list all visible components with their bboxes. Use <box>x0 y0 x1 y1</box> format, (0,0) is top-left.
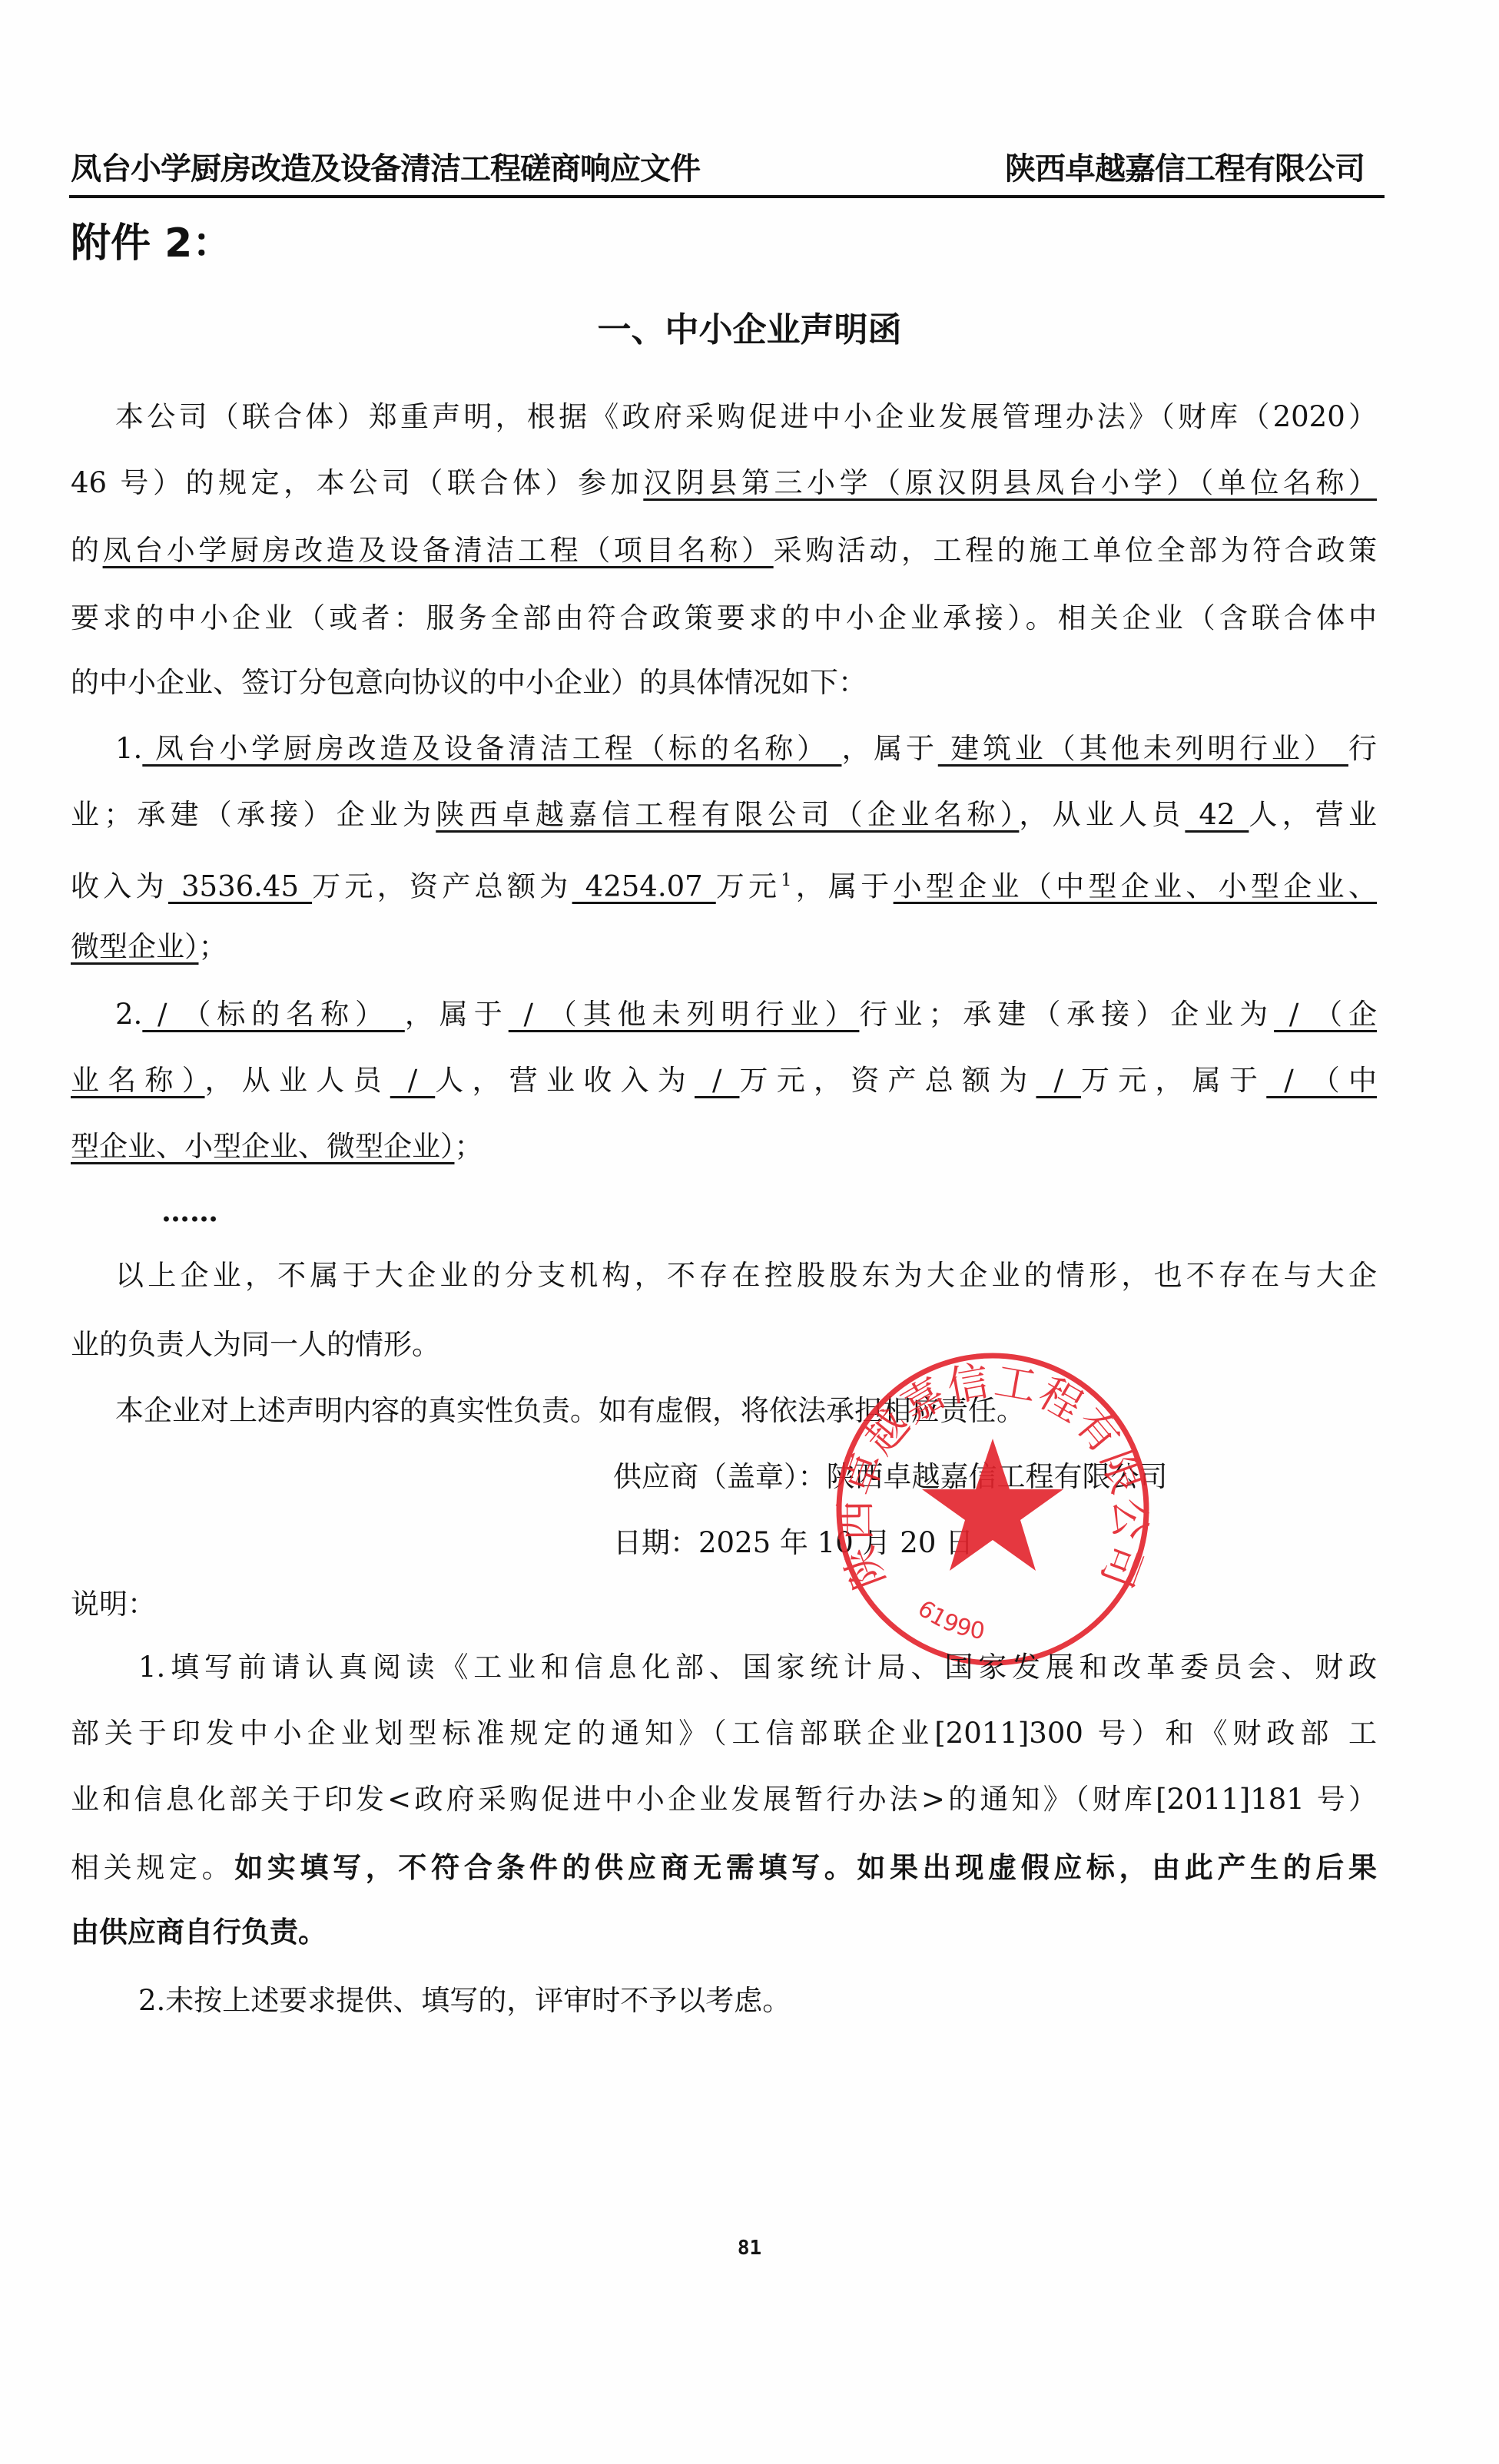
industry-field: 建筑业（其他未列明行业） <box>938 732 1348 765</box>
item-text: 万元，资产总额为 <box>312 869 572 902</box>
enterprise-size-field: 小型企业（中型企业、小型企业、 <box>894 869 1377 902</box>
target-name-field: / （标的名称） <box>142 998 405 1031</box>
company-name-field: 陕西卓越嘉信工程有限公司（企业名称） <box>436 798 1019 831</box>
note1-line-5: 由供应商自行负责。 <box>71 1913 1377 1951</box>
document-page: 凤台小学厨房改造及设备清洁工程磋商响应文件 陕西卓越嘉信工程有限公司 附件 2：… <box>0 0 1499 2464</box>
item1-line-3: 收入为 3536.45 万元，资产总额为 4254.07 万元1，属于小型企业（… <box>71 862 1377 906</box>
intro-line-5: 的中小企业、签订分包意向协议的中小企业）的具体情况如下： <box>71 664 1377 702</box>
note-bold-text: 如实填写，不符合条件的供应商无需填写。如果出现虚假应标，由此产生的后果 <box>234 1850 1377 1884</box>
item-text: ； <box>199 930 227 963</box>
item-text: ，属于 <box>791 869 893 902</box>
note1-line-1: 1.填写前请认真阅读《工业和信息化部、国家统计局、国家发展和改革委员会、财政 <box>138 1648 1377 1687</box>
item-number: 2. <box>115 998 142 1031</box>
note1-line-3: 业和信息化部关于印发<政府采购促进中小企业发展暂行办法>的通知》（财库[2011… <box>71 1780 1377 1819</box>
item-text: 行 <box>1348 732 1377 765</box>
notes-heading: 说明： <box>71 1585 156 1624</box>
statement-line-3: 本企业对上述声明内容的真实性负责。如有虚假，将依法承担相应责任。 <box>115 1392 1377 1430</box>
item-text: ，属于 <box>841 732 937 765</box>
item-text: ； <box>455 1130 483 1163</box>
enterprise-size-field-cont: 型企业、小型企业、微型企业） <box>71 1130 455 1163</box>
ellipsis: …… <box>161 1192 1467 1230</box>
header-document-title: 凤台小学厨房改造及设备清洁工程磋商响应文件 <box>71 147 700 190</box>
item1-line-4: 微型企业）； <box>71 928 1377 966</box>
date-value: 2025 年 10 月 20 日 <box>698 1526 973 1559</box>
attachment-label: 附件 2： <box>71 217 232 270</box>
seal-code: 61990 <box>913 1595 987 1645</box>
intro-line-2: 46 号）的规定，本公司（联合体）参加汉阴县第三小学（原汉阴县凤台小学）（单位名… <box>71 464 1377 502</box>
project-name-field: 凤台小学厨房改造及设备清洁工程（项目名称） <box>103 534 774 567</box>
supplier-label: 供应商（盖章）： <box>613 1460 827 1493</box>
item2-line-3: 型企业、小型企业、微型企业）； <box>71 1128 1377 1166</box>
revenue-field: 3536.45 <box>168 869 312 902</box>
enterprise-size-field: / （中 <box>1266 1064 1377 1097</box>
date-label: 日期： <box>613 1526 698 1559</box>
item-text: 万元，资产总额为 <box>740 1064 1036 1097</box>
intro-text: 46 号）的规定，本公司（联合体）参加 <box>71 466 643 499</box>
item-text: 行业；承建（承接）企业为 <box>859 998 1274 1031</box>
item-text: 万元 <box>716 869 781 902</box>
item2-line-2: 业名称），从业人员 / 人，营业收入为 / 万元，资产总额为 / 万元，属于 /… <box>71 1061 1377 1100</box>
footnote-marker: 1 <box>781 871 791 890</box>
item-text: 收入为 <box>71 869 168 902</box>
company-name-field: / （企 <box>1274 998 1377 1031</box>
intro-line-4: 要求的中小企业（或者：服务全部由符合政策要求的中小企业承接）。相关企业（含联合体… <box>71 599 1377 638</box>
note-text: 相关规定。 <box>71 1851 234 1884</box>
item1-line-2: 业；承建（承接）企业为陕西卓越嘉信工程有限公司（企业名称），从业人员 42 人，… <box>71 796 1377 834</box>
industry-field: / （其他未列明行业） <box>509 998 860 1031</box>
statement-line-1: 以上企业，不属于大企业的分支机构，不存在控股股东为大企业的情形，也不存在与大企 <box>115 1257 1377 1295</box>
employees-field: 42 <box>1185 798 1249 831</box>
item-text: 业；承建（承接）企业为 <box>71 798 436 831</box>
intro-text: 的 <box>71 534 103 567</box>
intro-line-3: 的凤台小学厨房改造及设备清洁工程（项目名称）采购活动，工程的施工单位全部为符合政… <box>71 532 1377 570</box>
item2-line-1: 2. / （标的名称） ，属于 / （其他未列明行业）行业；承建（承接）企业为 … <box>115 995 1377 1034</box>
assets-field: / <box>1036 1064 1082 1097</box>
assets-field: 4254.07 <box>572 869 716 902</box>
revenue-field: / <box>695 1064 740 1097</box>
note2: 2.未按上述要求提供、填写的，评审时不予以考虑。 <box>138 1982 1444 2020</box>
supplier-signature-line: 供应商（盖章）：陕西卓越嘉信工程有限公司 <box>613 1458 1168 1496</box>
note1-line-4: 相关规定。如实填写，不符合条件的供应商无需填写。如果出现虚假应标，由此产生的后果 <box>71 1848 1377 1887</box>
enterprise-size-field-cont: 微型企业） <box>71 930 199 963</box>
item-text: ，从业人员 <box>205 1064 390 1097</box>
company-name-field-cont: 业名称） <box>71 1064 205 1097</box>
date-line: 日期：2025 年 10 月 20 日 <box>613 1524 973 1562</box>
header-company-name: 陕西卓越嘉信工程有限公司 <box>1005 147 1365 190</box>
unit-name-field: 汉阴县第三小学（原汉阴县凤台小学）（单位名称） <box>643 466 1377 499</box>
intro-text: 采购活动，工程的施工单位全部为符合政策 <box>774 534 1377 567</box>
item-number: 1. <box>115 732 142 765</box>
item-text: 人，营业 <box>1249 798 1377 831</box>
statement-line-2: 业的负责人为同一人的情形。 <box>71 1326 1377 1364</box>
employees-field: / <box>390 1064 436 1097</box>
page-title: 一、中小企业声明函 <box>0 306 1499 355</box>
supplier-name: 陕西卓越嘉信工程有限公司 <box>827 1460 1168 1493</box>
item1-line-1: 1. 凤台小学厨房改造及设备清洁工程（标的名称） ，属于 建筑业（其他未列明行业… <box>115 730 1377 768</box>
intro-line-1: 本公司（联合体）郑重声明，根据《政府采购促进中小企业发展管理办法》（财库（202… <box>115 398 1377 436</box>
item-text: ，属于 <box>405 998 509 1031</box>
header-rule <box>69 195 1385 198</box>
item-text: 人，营业收入为 <box>435 1064 695 1097</box>
page-number: 81 <box>0 2237 1499 2260</box>
item-text: ，从业人员 <box>1019 798 1185 831</box>
target-name-field: 凤台小学厨房改造及设备清洁工程（标的名称） <box>142 732 841 765</box>
item-text: 万元，属于 <box>1081 1064 1266 1097</box>
note1-line-2: 部关于印发中小企业划型标准规定的通知》（工信部联企业[2011]300 号）和《… <box>71 1714 1377 1753</box>
